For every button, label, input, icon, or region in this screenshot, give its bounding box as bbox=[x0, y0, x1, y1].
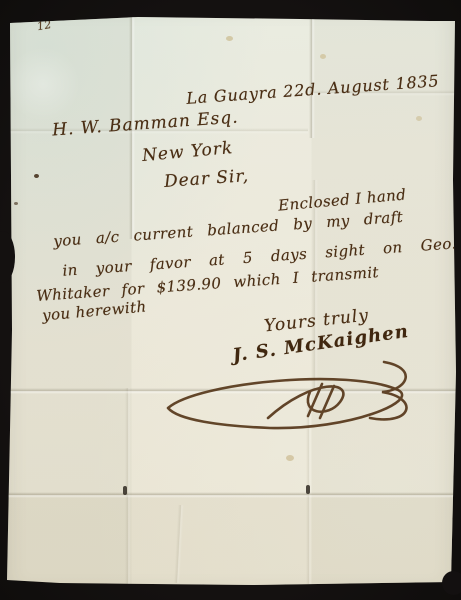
fold-nick bbox=[123, 486, 127, 495]
fold-crease-horizontal bbox=[5, 492, 457, 498]
letter-photo: 12 La Guayra 22d. August 1835 H. W. Bamm… bbox=[0, 0, 461, 600]
ink-dot bbox=[14, 202, 18, 205]
letter-recipient: H. W. Bamman Esq. bbox=[52, 108, 240, 141]
paper-watermark bbox=[4, 42, 82, 126]
fold-crease-vertical bbox=[309, 18, 315, 138]
fox-spot bbox=[320, 54, 326, 59]
letter-paper: 12 La Guayra 22d. August 1835 H. W. Bamm… bbox=[0, 0, 461, 600]
letter-recipient-city: New York bbox=[141, 138, 234, 166]
fox-spot bbox=[286, 455, 294, 461]
fox-spot bbox=[226, 36, 233, 41]
letter-salutation: Dear Sir, bbox=[163, 166, 249, 192]
paper-corner-notch bbox=[442, 571, 461, 595]
fold-nick bbox=[306, 485, 310, 494]
letter-dateline: La Guayra 22d. August 1835 bbox=[186, 71, 440, 108]
signature-flourish bbox=[150, 356, 440, 438]
fox-spot bbox=[416, 116, 422, 121]
page-number-annotation: 12 bbox=[36, 18, 53, 33]
ink-dot bbox=[34, 174, 39, 178]
fold-crease-diagonal bbox=[174, 505, 184, 583]
